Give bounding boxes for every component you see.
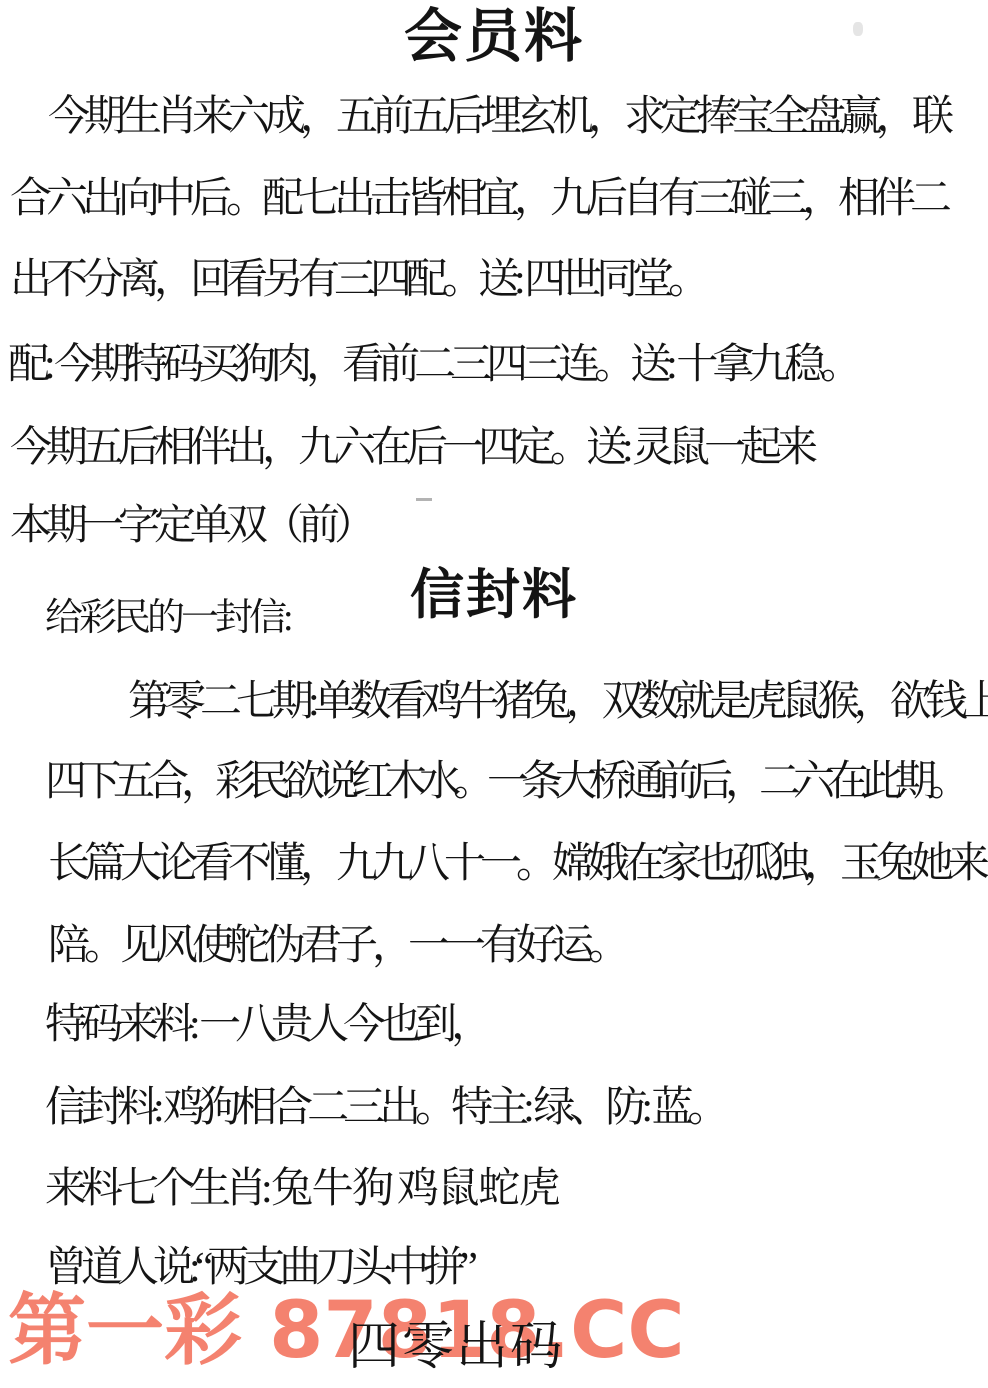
envelope-text-line: 第零二七期:单数看鸡牛猪兔，双数就是虎鼠猴，欲钱上 (128, 681, 988, 723)
scan-artifact (416, 498, 432, 501)
scanned-document-page: 会员料 今期生肖来六成，五前五后埋玄机，求定捧宝全盘赢，联 合六出向中后。配七出… (0, 0, 988, 1388)
member-text-line: 今期五后相伴出，九六在后一四定。送: 灵鼠一起来 (10, 427, 812, 469)
member-text-line: 本期一字定单双（前） (10, 505, 370, 547)
member-text-line: 出不分离，回看另有三四配。送: 四世同堂。 (10, 259, 704, 301)
envelope-text-line: 长篇大论看不懂，九九八十一。嫦娥在家也孤独，玉兔她来 (48, 843, 984, 885)
site-watermark: 第一彩 87818.CC (8, 1292, 685, 1370)
member-text-line: 今期生肖来六成，五前五后埋玄机，求定捧宝全盘赢，联 (48, 96, 948, 138)
envelope-text-line: 曾道人说:“两支曲刀头中拼” (45, 1247, 472, 1289)
envelope-text-line: 特码来料: 一八贵人今也到， (45, 1004, 487, 1046)
envelope-text-line: 陪。见风使舵伪君子，一一有好运。 (48, 925, 624, 967)
envelope-intro-label: 给彩民的一封信: (45, 599, 290, 637)
member-text-line: 配: 今期特码买狗肉，看前二三四三连。送: 十拿九稳。 (8, 344, 856, 386)
footer-section-title: 四零出码 (348, 1322, 564, 1374)
envelope-text-line: 四下五合，彩民欲说红木水。一条大桥通前后，二六在此期。 (45, 761, 963, 803)
envelope-zodiac-line: 来料七个生肖: 兔 牛 狗 鸡 鼠 蛇 虎 (45, 1168, 555, 1210)
member-text-line: 合六出向中后。配七出击皆相宜，九后自有三碰三，相伴二 (10, 178, 946, 220)
member-section-title: 会员料 (0, 8, 988, 66)
envelope-text-line: 信封料: 鸡狗相合二三出。特主: 绿、防: 蓝。 (45, 1087, 724, 1129)
